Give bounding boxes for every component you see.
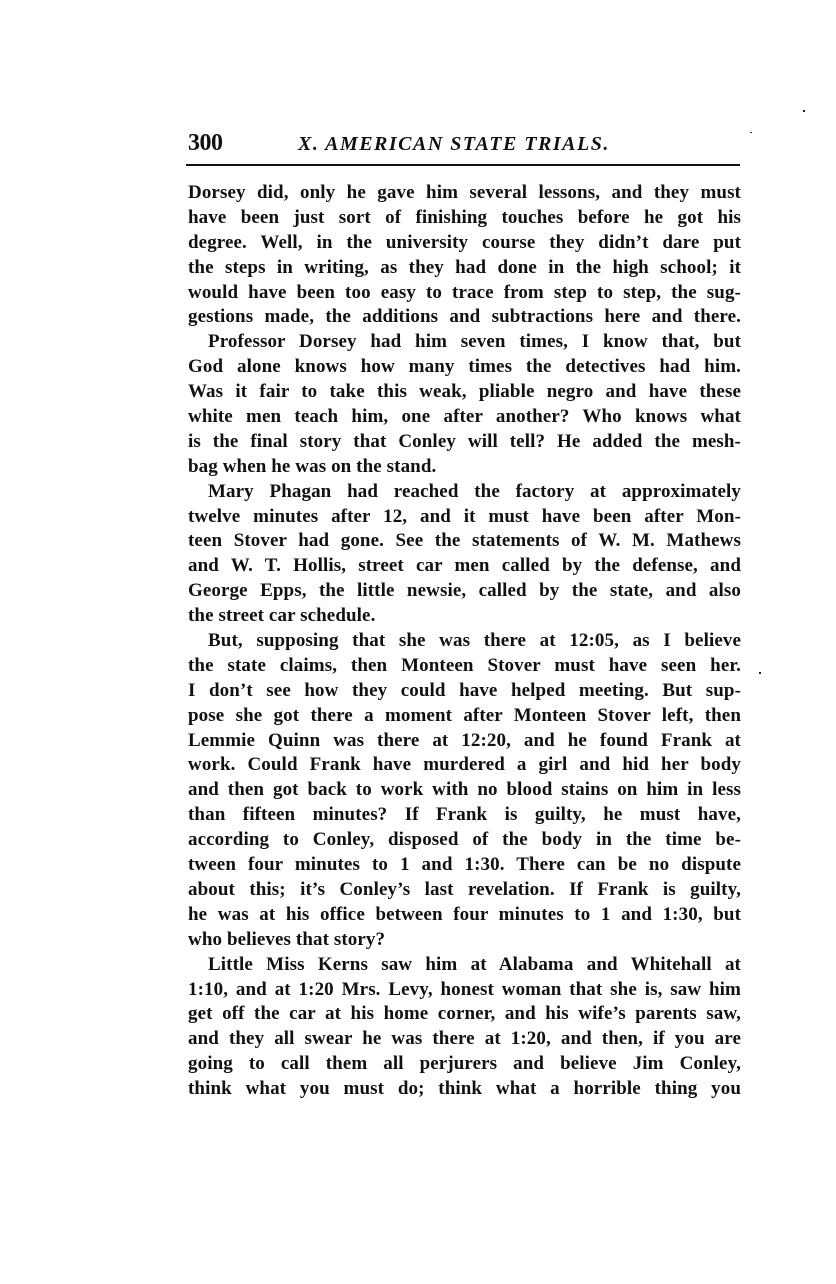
text-line: than fifteen minutes? If Frank is guilty… xyxy=(188,803,741,828)
text-line: Lemmie Quinn was there at 12:20, and he … xyxy=(188,729,741,754)
running-title: X. AMERICAN STATE TRIALS. xyxy=(298,133,610,156)
text-line: would have been too easy to trace from s… xyxy=(188,281,741,306)
text-line: the street car schedule. xyxy=(188,604,741,629)
scan-speck xyxy=(759,672,761,674)
text-line: Professor Dorsey had him seven times, I … xyxy=(188,330,741,355)
text-line: bag when he was on the stand. xyxy=(188,455,741,480)
text-line: Dorsey did, only he gave him several les… xyxy=(188,181,741,206)
body-text: Dorsey did, only he gave him several les… xyxy=(188,181,741,1102)
text-line: have been just sort of finishing touches… xyxy=(188,206,741,231)
paragraph: Dorsey did, only he gave him several les… xyxy=(188,181,741,330)
text-line: gestions made, the additions and subtrac… xyxy=(188,305,741,330)
text-line: according to Conley, disposed of the bod… xyxy=(188,828,741,853)
text-line: 1:10, and at 1:20 Mrs. Levy, honest woma… xyxy=(188,978,741,1003)
scan-speck xyxy=(750,132,752,133)
text-line: Little Miss Kerns saw him at Alabama and… xyxy=(188,953,741,978)
text-line: and then got back to work with no blood … xyxy=(188,778,741,803)
text-line: But, supposing that she was there at 12:… xyxy=(188,629,741,654)
text-line: and W. T. Hollis, street car men called … xyxy=(188,554,741,579)
text-line: God alone knows how many times the detec… xyxy=(188,355,741,380)
paragraph: Professor Dorsey had him seven times, I … xyxy=(188,330,741,479)
text-line: degree. Well, in the university course t… xyxy=(188,231,741,256)
header-rule xyxy=(186,164,740,166)
text-line: get off the car at his home corner, and … xyxy=(188,1002,741,1027)
book-page: 300 X. AMERICAN STATE TRIALS. Dorsey did… xyxy=(0,0,836,1284)
paragraph: But, supposing that she was there at 12:… xyxy=(188,629,741,953)
text-line: going to call them all perjurers and bel… xyxy=(188,1052,741,1077)
text-line: George Epps, the little newsie, called b… xyxy=(188,579,741,604)
paragraph: Mary Phagan had reached the factory at a… xyxy=(188,480,741,629)
text-line: I don’t see how they could have helped m… xyxy=(188,679,741,704)
text-line: pose she got there a moment after Montee… xyxy=(188,704,741,729)
text-line: teen Stover had gone. See the statements… xyxy=(188,529,741,554)
text-line: think what you must do; think what a hor… xyxy=(188,1077,741,1102)
text-line: he was at his office between four minute… xyxy=(188,903,741,928)
text-line: white men teach him, one after another? … xyxy=(188,405,741,430)
text-line: and they all swear he was there at 1:20,… xyxy=(188,1027,741,1052)
text-line: the steps in writing, as they had done i… xyxy=(188,256,741,281)
text-line: is the final story that Conley will tell… xyxy=(188,430,741,455)
text-line: the state claims, then Monteen Stover mu… xyxy=(188,654,741,679)
text-line: Was it fair to take this weak, pliable n… xyxy=(188,380,741,405)
text-line: about this; it’s Conley’s last revelatio… xyxy=(188,878,741,903)
text-line: who believes that story? xyxy=(188,928,741,953)
scan-speck xyxy=(803,110,805,112)
text-line: work. Could Frank have murdered a girl a… xyxy=(188,753,741,778)
page-number: 300 xyxy=(188,130,223,157)
paragraph: Little Miss Kerns saw him at Alabama and… xyxy=(188,953,741,1102)
text-line: twelve minutes after 12, and it must hav… xyxy=(188,505,741,530)
text-line: Mary Phagan had reached the factory at a… xyxy=(188,480,741,505)
text-line: tween four minutes to 1 and 1:30. There … xyxy=(188,853,741,878)
running-head: 300 X. AMERICAN STATE TRIALS. xyxy=(188,130,740,160)
